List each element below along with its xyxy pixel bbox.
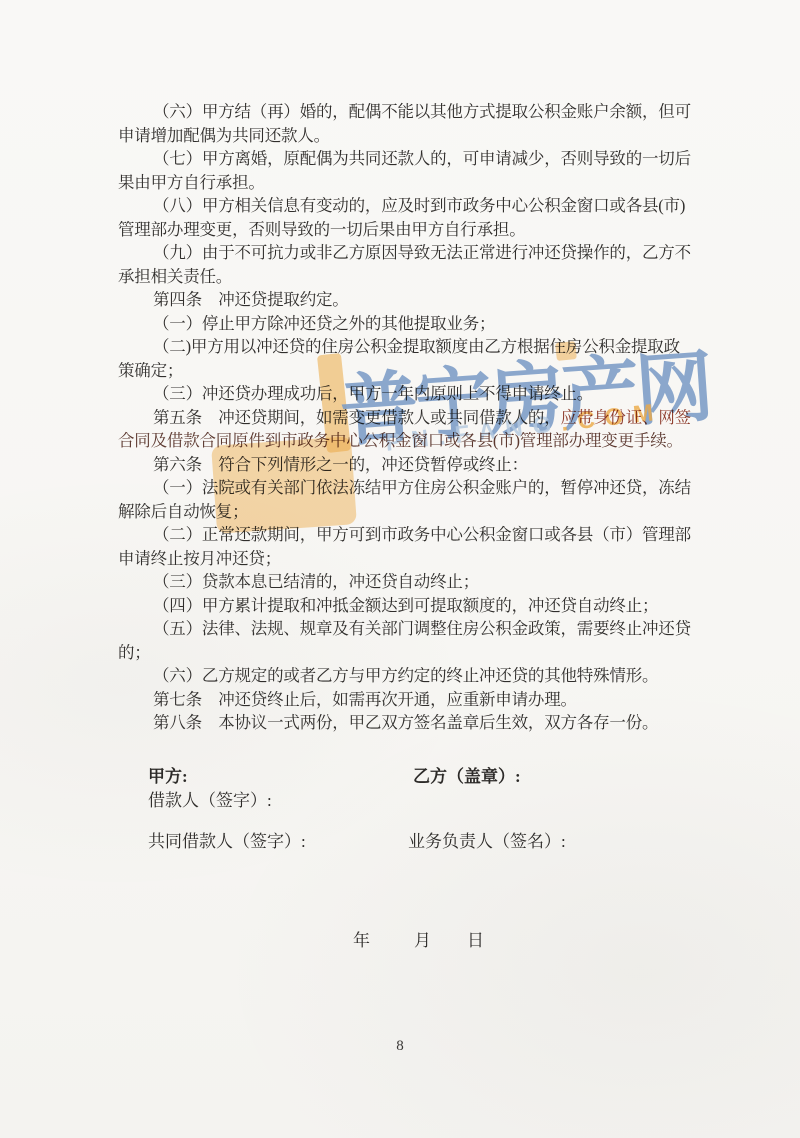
contract-line: 第四条 冲还贷提取约定。: [118, 288, 694, 312]
text-segment: 第四条 冲还贷提取约定。: [153, 290, 349, 309]
contract-line: （五）法律、法规、规章及有关部门调整住房公积金政策，需要终止冲还贷: [118, 617, 694, 641]
text-segment: （五）法律、法规、规章及有关部门调整住房公积金政策，需要终止冲还贷: [153, 619, 691, 638]
text-segment: （二）正常还款期间，甲方可到市政务中心公积金窗口或各县（市）管理部: [153, 525, 691, 544]
contract-line: （二）正常还款期间，甲方可到市政务中心公积金窗口或各县（市）管理部: [118, 523, 694, 547]
contract-line: 策确定；: [118, 359, 694, 383]
date-year-label: 年: [353, 926, 370, 951]
contract-line: （七）甲方离婚，原配偶为共同还款人的，可申请减少，否则导致的一切后: [118, 147, 694, 171]
contract-line: 申请终止按月冲还贷；: [118, 547, 694, 571]
text-segment: （八）甲方相关信息有变动的，应及时到市政务中心公积金窗口或各县(市): [153, 196, 685, 215]
co-borrower-signature-label: 共同借款人（签字）:: [148, 827, 306, 852]
party-b-seal-label: 乙方（盖章）:: [413, 762, 521, 787]
text-segment: （三）冲还贷办理成功后，甲方一年内原则上不得申请终止。: [153, 384, 593, 403]
text-segment: （四）甲方累计提取和冲抵金额达到可提取额度的，冲还贷自动终止；: [153, 596, 658, 615]
text-segment: 果由甲方自行承担。: [118, 173, 265, 192]
text-segment: （六）甲方结（再）婚的，配偶不能以其他方式提取公积金账户余额，但可: [153, 102, 691, 121]
text-segment: 合同及借款合同原件到市政务中心公积金窗口或各县(市)管理部办理变更手续。: [118, 431, 683, 450]
contract-line: 的；: [118, 641, 694, 665]
borrower-signature-label: 借款人（签字）:: [148, 786, 272, 811]
contract-line: 解除后自动恢复；: [118, 500, 694, 524]
contract-line: 第七条 冲还贷终止后，如需再次开通，应重新申请办理。: [118, 688, 694, 712]
text-segment: 第七条 冲还贷终止后，如需再次开通，应重新申请办理。: [153, 690, 577, 709]
contract-line: （六）甲方结（再）婚的，配偶不能以其他方式提取公积金账户余额，但可: [118, 100, 694, 124]
contract-line: 合同及借款合同原件到市政务中心公积金窗口或各县(市)管理部办理变更手续。: [118, 429, 694, 453]
text-segment: （六）乙方规定的或者乙方与甲方约定的终止冲还贷的其他特殊情形。: [153, 666, 658, 685]
text-segment: 管理部办理变更，否则导致的一切后果由甲方自行承担。: [118, 220, 526, 239]
date-day-label: 日: [467, 926, 484, 951]
contract-line: （八）甲方相关信息有变动的，应及时到市政务中心公积金窗口或各县(市): [118, 194, 694, 218]
contract-line: （三）冲还贷办理成功后，甲方一年内原则上不得申请终止。: [118, 382, 694, 406]
text-segment: （九）由于不可抗力或非乙方原因导致无法正常进行冲还贷操作的，乙方不: [153, 243, 691, 262]
contract-line: （一）停止甲方除冲还贷之外的其他提取业务；: [118, 312, 694, 336]
text-segment: （三）贷款本息已结清的，冲还贷自动终止；: [153, 572, 479, 591]
business-manager-signature-label: 业务负责人（签名）:: [408, 827, 566, 852]
contract-line: 管理部办理变更，否则导致的一切后果由甲方自行承担。: [118, 218, 694, 242]
date-month-label: 月: [414, 926, 431, 951]
contract-line: （三）贷款本息已结清的，冲还贷自动终止；: [118, 570, 694, 594]
contract-line: （二)甲方用以冲还贷的住房公积金提取额度由乙方根据住房公积金提取政: [118, 335, 694, 359]
contract-body: （六）甲方结（再）婚的，配偶不能以其他方式提取公积金账户余额，但可申请增加配偶为…: [118, 100, 694, 735]
contract-line: 第六条 符合下列情形之一的，冲还贷暂停或终止：: [118, 453, 694, 477]
text-segment: 申请终止按月冲还贷；: [118, 549, 281, 568]
scanned-contract-page: （六）甲方结（再）婚的，配偶不能以其他方式提取公积金账户余额，但可申请增加配偶为…: [0, 0, 800, 1138]
text-segment: 策确定；: [118, 361, 183, 380]
contract-line: 第八条 本协议一式两份，甲乙双方签名盖章后生效，双方各存一份。: [118, 711, 694, 735]
contract-line: 果由甲方自行承担。: [118, 171, 694, 195]
text-segment: 第六条 符合下列情形之一的，冲还贷暂停或终止：: [153, 455, 528, 474]
contract-line: 申请增加配偶为共同还款人。: [118, 124, 694, 148]
text-segment: 申请增加配偶为共同还款人。: [118, 126, 330, 145]
text-segment: 应带身份证、网签: [561, 408, 691, 427]
contract-line: （九）由于不可抗力或非乙方原因导致无法正常进行冲还贷操作的，乙方不: [118, 241, 694, 265]
text-segment: 第五条 冲还贷期间，如需变更借款人或共同借款人的，: [153, 408, 561, 427]
text-segment: 的；: [118, 643, 151, 662]
text-segment: 第八条 本协议一式两份，甲乙双方签名盖章后生效，双方各存一份。: [153, 713, 658, 732]
text-segment: （二)甲方用以冲还贷的住房公积金提取额度由乙方根据住房公积金提取政: [153, 337, 680, 356]
contract-line: （四）甲方累计提取和冲抵金额达到可提取额度的，冲还贷自动终止；: [118, 594, 694, 618]
text-segment: （一）停止甲方除冲还贷之外的其他提取业务；: [153, 314, 495, 333]
contract-line: 第五条 冲还贷期间，如需变更借款人或共同借款人的，应带身份证、网签: [118, 406, 694, 430]
text-segment: 解除后自动恢复；: [118, 502, 248, 521]
party-a-label: 甲方:: [148, 762, 188, 787]
contract-line: （六）乙方规定的或者乙方与甲方约定的终止冲还贷的其他特殊情形。: [118, 664, 694, 688]
text-segment: 承担相关责任。: [118, 267, 232, 286]
contract-line: （一）法院或有关部门依法冻结甲方住房公积金账户的，暂停冲还贷，冻结: [118, 476, 694, 500]
contract-line: 承担相关责任。: [118, 265, 694, 289]
page-number: 8: [0, 1038, 800, 1055]
text-segment: （七）甲方离婚，原配偶为共同还款人的，可申请减少，否则导致的一切后: [153, 149, 691, 168]
text-segment: （一）法院或有关部门依法冻结甲方住房公积金账户的，暂停冲还贷，冻结: [153, 478, 691, 497]
